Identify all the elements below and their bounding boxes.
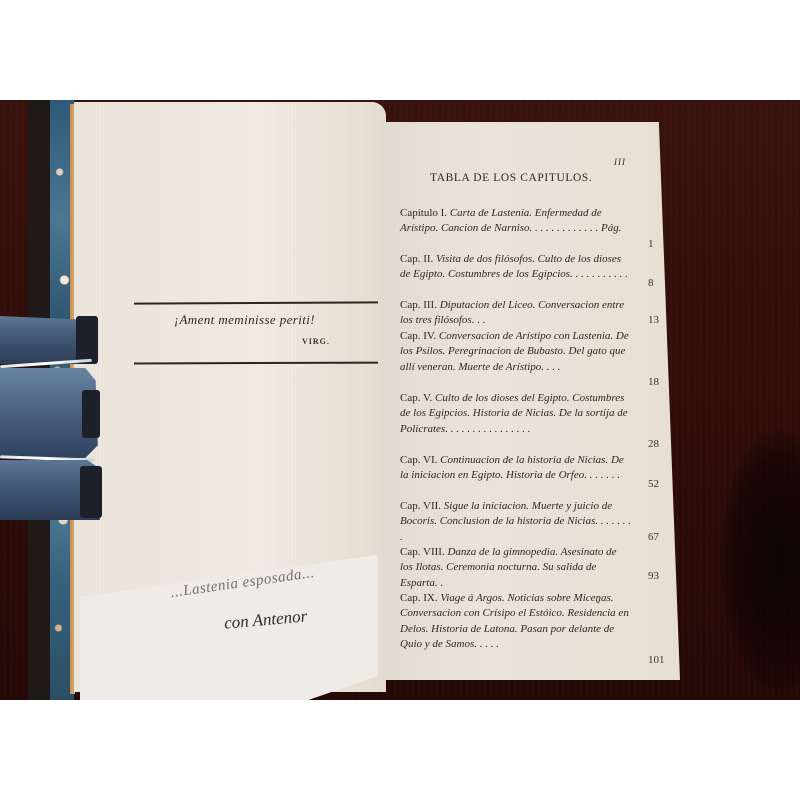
- toc-entry: Capítulo I. Carta de Lastenia. Enfermeda…: [400, 206, 632, 252]
- table-shadow: [720, 430, 800, 690]
- toc-entry: Cap. VIII. Danza de la gimnopedia. Asesi…: [400, 545, 632, 591]
- bottom-rule: [134, 362, 386, 365]
- page-number: 67: [648, 530, 659, 545]
- page-number: 52: [648, 477, 659, 492]
- top-rule: [134, 301, 386, 304]
- clip-lip: [76, 316, 98, 364]
- page-number: 18: [648, 375, 659, 390]
- page-number: 93: [648, 569, 659, 584]
- toc-entry: Cap. IV. Conversacion de Arístipo con La…: [400, 329, 632, 391]
- book-photo: ¡Ament meminisse periti! VIRG. ...Lasten…: [0, 100, 800, 700]
- signature-mark: *: [596, 599, 600, 608]
- epigraph-attribution: VIRG.: [302, 337, 330, 346]
- toc-entry: Cap. III. Diputacion del Liceo. Conversa…: [400, 298, 632, 329]
- toc-entry: Cap. VI. Continuacion de la historia de …: [400, 453, 632, 499]
- toc-entry: Cap. V. Culto de los dioses del Egipto. …: [400, 391, 632, 453]
- clip-lip: [80, 466, 102, 518]
- toc-title: TABLA DE LOS CAPITULOS.: [430, 172, 592, 184]
- toc-entry: Cap. II. Visita de dos filósofos. Culto …: [400, 252, 632, 298]
- page-number: 8: [648, 276, 654, 291]
- folio-number: III: [614, 157, 626, 167]
- page-number: 101: [648, 653, 665, 668]
- page-number: 13: [648, 313, 659, 328]
- epigraph: ¡Ament meminisse periti!: [174, 312, 315, 328]
- page-number: 28: [648, 437, 659, 452]
- toc-entry: Cap. VII. Sigue la iniciacion. Muerte y …: [400, 499, 632, 545]
- page-number: 1: [648, 237, 654, 252]
- clip-lip: [82, 390, 100, 438]
